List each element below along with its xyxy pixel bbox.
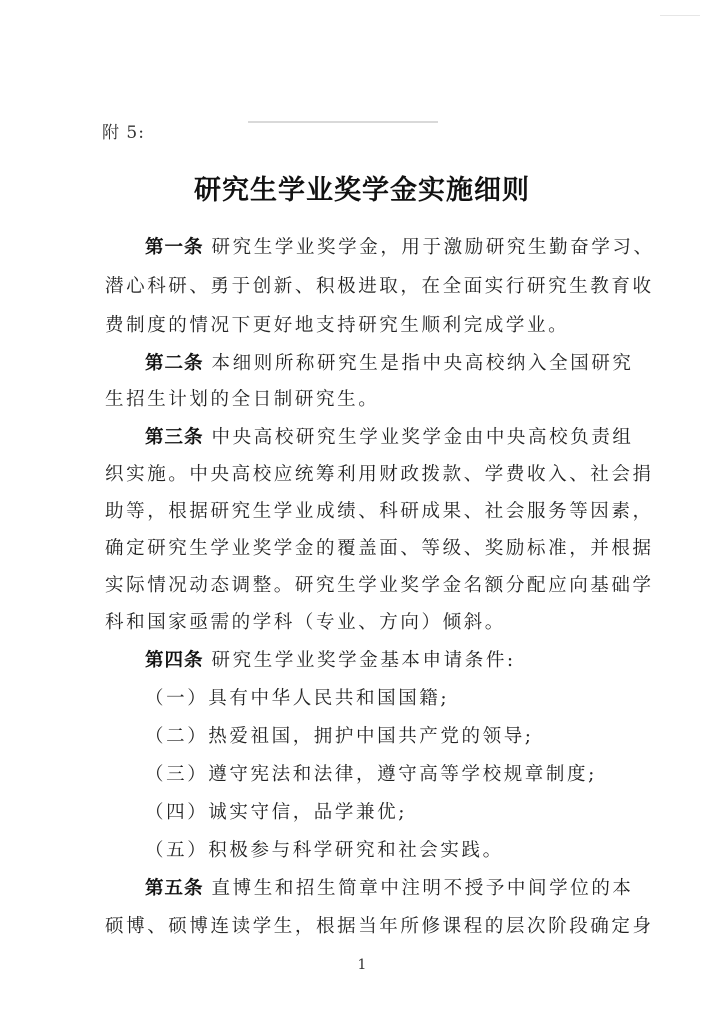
paragraph-line: 科和国家亟需的学科（专业、方向）倾斜。 <box>105 608 506 634</box>
attachment-label: 附 5: <box>102 118 145 143</box>
scan-artifact-line <box>660 15 700 16</box>
list-item: （二）热爱祖国，拥护中国共产党的领导; <box>145 722 534 748</box>
article-heading: 第四条 <box>145 650 204 671</box>
list-item: （三）遵守宪法和法律，遵守高等学校规章制度; <box>145 760 597 786</box>
paragraph-line: 第一条研究生学业奖学金，用于激励研究生勤奋学习、 <box>145 233 655 259</box>
paragraph-line: 第三条中央高校研究生学业奖学金由中央高校负责组 <box>145 423 634 449</box>
page-number: 1 <box>0 957 724 973</box>
list-item: （一）具有中华人民共和国国籍; <box>145 684 449 710</box>
paragraph-line: 织实施。中央高校应统筹利用财政拨款、学费收入、社会捐 <box>105 460 654 486</box>
list-item: （五）积极参与科学研究和社会实践。 <box>145 836 504 862</box>
paragraph-line: 第二条本细则所称研究生是指中央高校纳入全国研究 <box>145 349 634 375</box>
paragraph-line: 确定研究生学业奖学金的覆盖面、等级、奖励标准，并根据 <box>105 534 654 560</box>
article-heading: 第五条 <box>145 878 204 899</box>
paragraph-line: 第五条直博生和招生简章中注明不授予中间学位的本 <box>145 874 634 900</box>
article-heading: 第一条 <box>145 237 204 258</box>
paragraph-line: 助等，根据研究生学业成绩、科研成果、社会服务等因素， <box>105 497 654 523</box>
scan-artifact-line <box>248 121 438 123</box>
paragraph-line: 第四条研究生学业奖学金基本申请条件: <box>145 646 516 672</box>
article-heading: 第三条 <box>145 427 204 448</box>
list-item: （四）诚实守信，品学兼优; <box>145 798 407 824</box>
paragraph-line: 实际情况动态调整。研究生学业奖学金名额分配应向基础学 <box>105 571 654 597</box>
paragraph-line: 潜心科研、勇于创新、积极进取，在全面实行研究生教育收 <box>105 272 654 298</box>
paragraph-line: 硕博、硕博连读学生，根据当年所修课程的层次阶段确定身 <box>105 912 654 938</box>
paragraph-line: 生招生计划的全日制研究生。 <box>105 385 379 411</box>
article-heading: 第二条 <box>145 353 204 374</box>
paragraph-line: 费制度的情况下更好地支持研究生顺利完成学业。 <box>105 311 569 337</box>
document-title: 研究生学业奖学金实施细则 <box>0 168 724 207</box>
